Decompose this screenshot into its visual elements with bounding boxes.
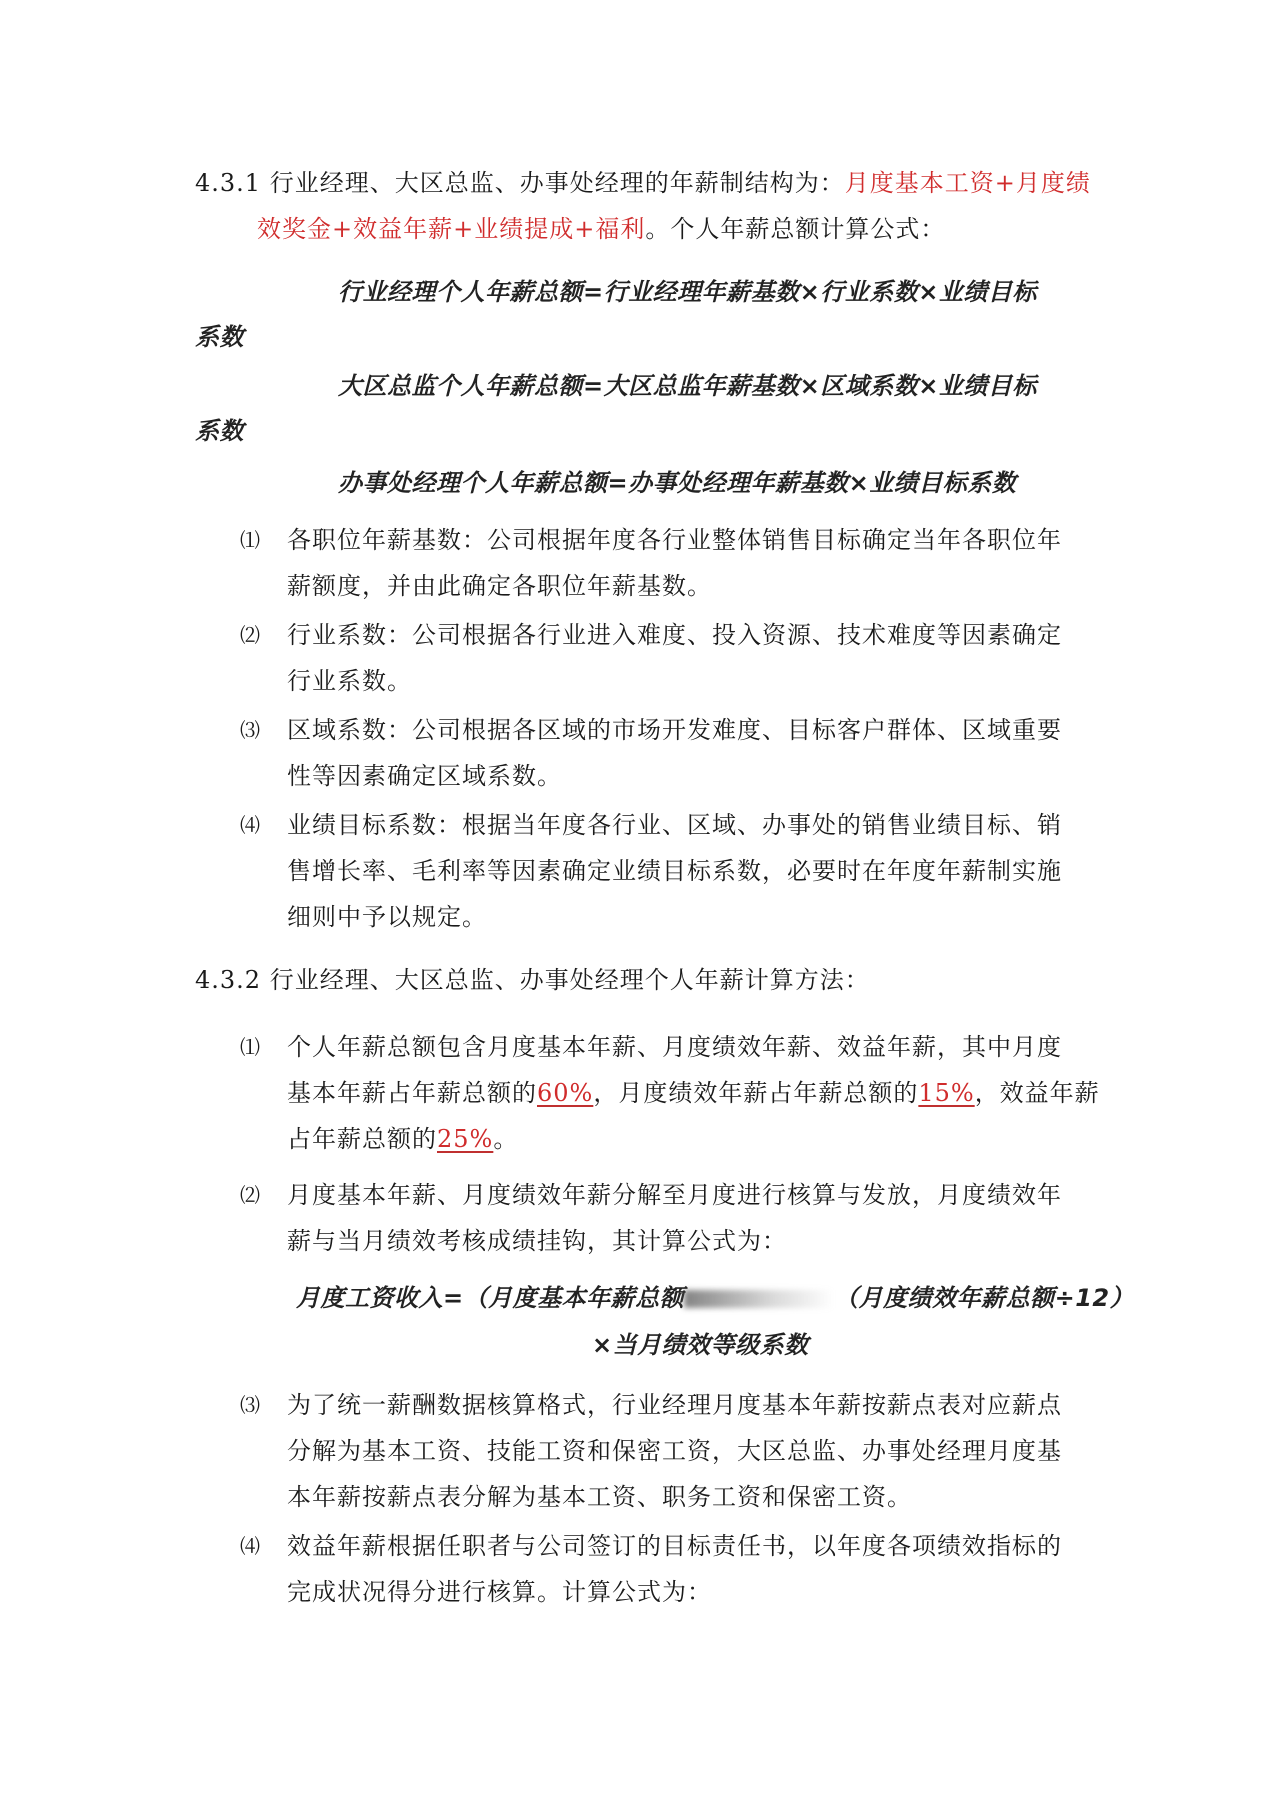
list-marker: ⑶ bbox=[240, 1390, 261, 1420]
list-item-text: 行业系数。 bbox=[287, 666, 412, 696]
section-431-heading: 4.3.1 行业经理、大区总监、办事处经理的年薪制结构为：月度基本工资+月度绩 bbox=[195, 168, 1091, 198]
list-marker: ⑴ bbox=[240, 1032, 261, 1062]
section-intro: 行业经理、大区总监、办事处经理的年薪制结构为： bbox=[270, 169, 845, 197]
formula-region-director-cont: 系数 bbox=[195, 416, 244, 446]
monthly-salary-formula-cont: ×当月绩效等级系数 bbox=[592, 1330, 809, 1360]
text-span: 基本年薪占年薪总额的 bbox=[287, 1079, 537, 1107]
list-item-text: 个人年薪总额包含月度基本年薪、月度绩效年薪、效益年薪，其中月度 bbox=[287, 1032, 1062, 1062]
section-432-heading: 4.3.2 行业经理、大区总监、办事处经理个人年薪计算方法： bbox=[195, 965, 870, 995]
document-page: 4.3.1 行业经理、大区总监、办事处经理的年薪制结构为：月度基本工资+月度绩 … bbox=[0, 0, 1280, 1809]
list-item-text: 各职位年薪基数：公司根据年度各行业整体销售目标确定当年各职位年 bbox=[287, 525, 1062, 555]
list-marker: ⑵ bbox=[240, 620, 261, 650]
list-item-text: 细则中予以规定。 bbox=[287, 902, 487, 932]
list-item-text: 性等因素确定区域系数。 bbox=[287, 761, 562, 791]
list-marker: ⑴ bbox=[240, 525, 261, 555]
list-marker: ⑷ bbox=[240, 810, 261, 840]
list-marker: ⑶ bbox=[240, 715, 261, 745]
list-item-text: 售增长率、毛利率等因素确定业绩目标系数，必要时在年度年薪制实施 bbox=[287, 856, 1062, 886]
formula-part: （月度绩效年薪总额÷12） bbox=[834, 1284, 1134, 1312]
list-item-text: 业绩目标系数：根据当年度各行业、区域、办事处的销售业绩目标、销 bbox=[287, 810, 1062, 840]
list-item-text: 完成状况得分进行核算。计算公式为： bbox=[287, 1577, 712, 1607]
formula-industry-manager: 行业经理个人年薪总额=行业经理年薪基数×行业系数×业绩目标 bbox=[338, 277, 1037, 307]
list-item-text: 效益年薪根据任职者与公司签订的目标责任书，以年度各项绩效指标的 bbox=[287, 1531, 1062, 1561]
formula-region-director: 大区总监个人年薪总额=大区总监年薪基数×区域系数×业绩目标 bbox=[338, 371, 1037, 401]
text-span: ，效益年薪 bbox=[975, 1079, 1100, 1107]
text-span: ，月度绩效年薪占年薪总额的 bbox=[593, 1079, 918, 1107]
section-title: 行业经理、大区总监、办事处经理个人年薪计算方法： bbox=[270, 966, 870, 994]
section-number: 4.3.2 bbox=[195, 966, 261, 994]
list-item-text: 月度基本年薪、月度绩效年薪分解至月度进行核算与发放，月度绩效年 bbox=[287, 1180, 1062, 1210]
salary-structure-red-cont: 效奖金+效益年薪+业绩提成+福利 bbox=[257, 215, 645, 243]
formula-industry-manager-cont: 系数 bbox=[195, 322, 244, 352]
list-item-text: 行业系数：公司根据各行业进入难度、投入资源、技术难度等因素确定 bbox=[287, 620, 1062, 650]
section-431-heading-cont: 效奖金+效益年薪+业绩提成+福利。个人年薪总额计算公式： bbox=[257, 214, 945, 244]
text-span: 占年薪总额的 bbox=[287, 1125, 437, 1153]
monthly-salary-formula: 月度工资收入=（月度基本年薪总额（月度绩效年薪总额÷12） bbox=[296, 1283, 1134, 1313]
percent-benefit-salary: 25% bbox=[437, 1125, 493, 1153]
list-item-text: 薪与当月绩效考核成绩挂钩，其计算公式为： bbox=[287, 1226, 787, 1256]
percent-basic-salary: 60% bbox=[537, 1079, 593, 1107]
section-number: 4.3.1 bbox=[195, 169, 261, 197]
section-intro-suffix: 。个人年薪总额计算公式： bbox=[645, 215, 945, 243]
list-item-text: 为了统一薪酬数据核算格式，行业经理月度基本年薪按薪点表对应薪点 bbox=[287, 1390, 1062, 1420]
percent-performance-salary: 15% bbox=[918, 1079, 974, 1107]
list-item-text: 本年薪按薪点表分解为基本工资、职务工资和保密工资。 bbox=[287, 1482, 912, 1512]
list-item-text: 基本年薪占年薪总额的60%，月度绩效年薪占年薪总额的15%，效益年薪 bbox=[287, 1078, 1100, 1108]
list-item-text: 薪额度，并由此确定各职位年薪基数。 bbox=[287, 571, 712, 601]
list-item-text: 占年薪总额的25%。 bbox=[287, 1124, 518, 1154]
salary-structure-red: 月度基本工资+月度绩 bbox=[845, 169, 1091, 197]
formula-office-manager: 办事处经理个人年薪总额=办事处经理年薪基数×业绩目标系数 bbox=[338, 468, 1016, 498]
list-marker: ⑷ bbox=[240, 1531, 261, 1561]
text-span: 。 bbox=[493, 1125, 518, 1153]
redacted-region bbox=[684, 1290, 834, 1308]
list-item-text: 分解为基本工资、技能工资和保密工资，大区总监、办事处经理月度基 bbox=[287, 1436, 1062, 1466]
formula-part: 月度工资收入=（月度基本年薪总额 bbox=[296, 1284, 684, 1312]
list-item-text: 区域系数：公司根据各区域的市场开发难度、目标客户群体、区域重要 bbox=[287, 715, 1062, 745]
list-marker: ⑵ bbox=[240, 1180, 261, 1210]
